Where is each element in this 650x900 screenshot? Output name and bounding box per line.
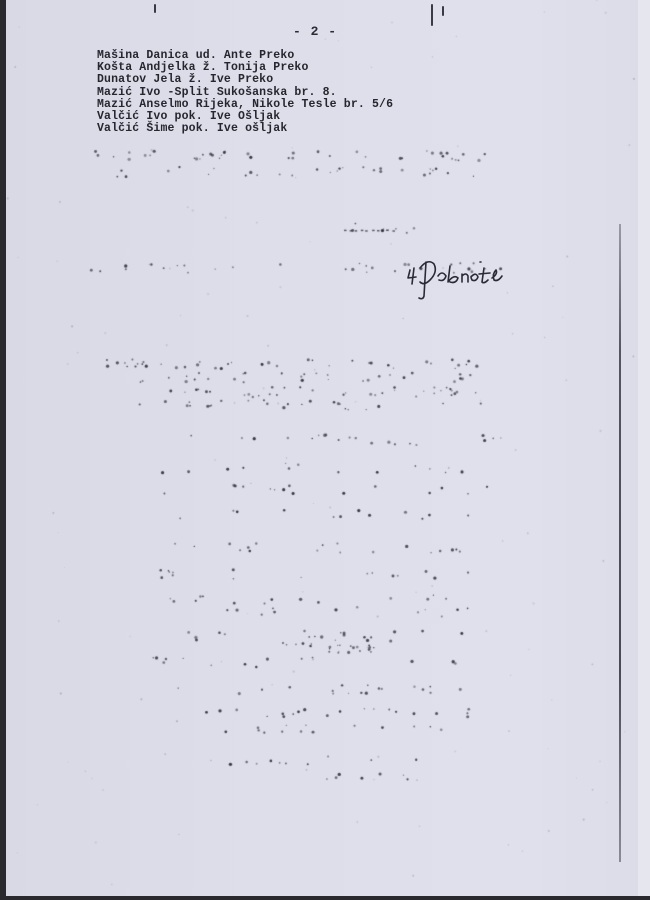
- page-number: - 2 -: [293, 24, 337, 39]
- scan-mark: [431, 4, 433, 26]
- handwritten-signature: [404, 240, 534, 300]
- scan-mark: [154, 4, 156, 13]
- name-list: Mašina Danica ud. Ante Preko Košta Andje…: [97, 50, 393, 135]
- margin-rule: [619, 224, 621, 862]
- document-page: - 2 - Mašina Danica ud. Ante Preko Košta…: [6, 0, 650, 896]
- list-item: Dunatov Jela ž. Ive Preko: [97, 74, 393, 86]
- list-item: Mazić Ivo -Split Sukošanska br. 8.: [97, 87, 393, 99]
- list-item: Valčić Šime pok. Ive ošljak: [97, 123, 393, 135]
- scan-mark: [442, 6, 444, 16]
